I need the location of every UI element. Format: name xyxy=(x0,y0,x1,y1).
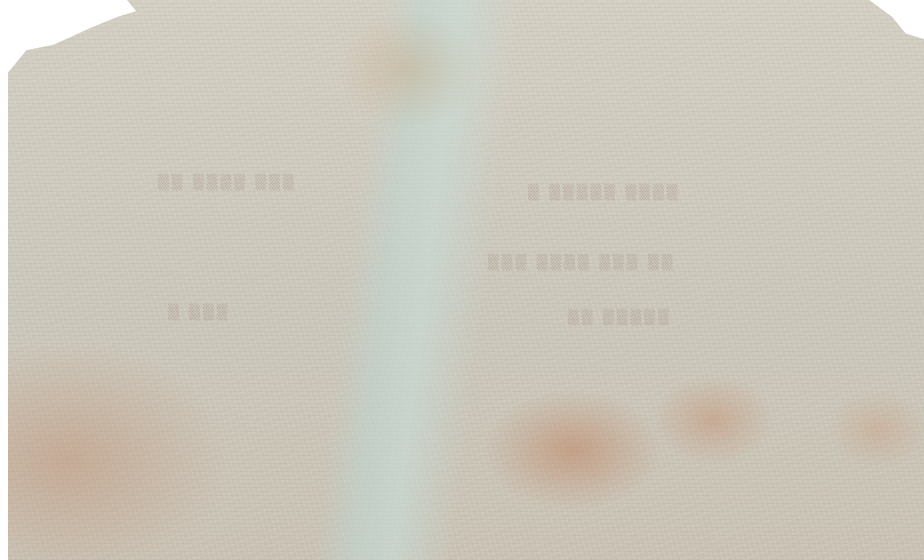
bleed-through-text: ▒ ▒▒▒▒▒ ▒▒▒▒ xyxy=(528,185,681,201)
aged-paper-sheet: ▒▒ ▒▒▒▒ ▒▒▒ ▒ ▒▒▒▒▒ ▒▒▒▒ ▒▒▒ ▒▒▒▒ ▒▒▒ ▒▒… xyxy=(8,0,924,560)
bleed-through-text: ▒▒▒ ▒▒▒▒ ▒▒▒ ▒▒ xyxy=(488,255,676,271)
bleed-through-text: ▒▒ ▒▒▒▒▒ xyxy=(568,310,672,326)
bleed-through-text: ▒ ▒▒▒ xyxy=(168,305,231,321)
bleed-through-text: ▒▒ ▒▒▒▒ ▒▒▒ xyxy=(158,175,297,191)
